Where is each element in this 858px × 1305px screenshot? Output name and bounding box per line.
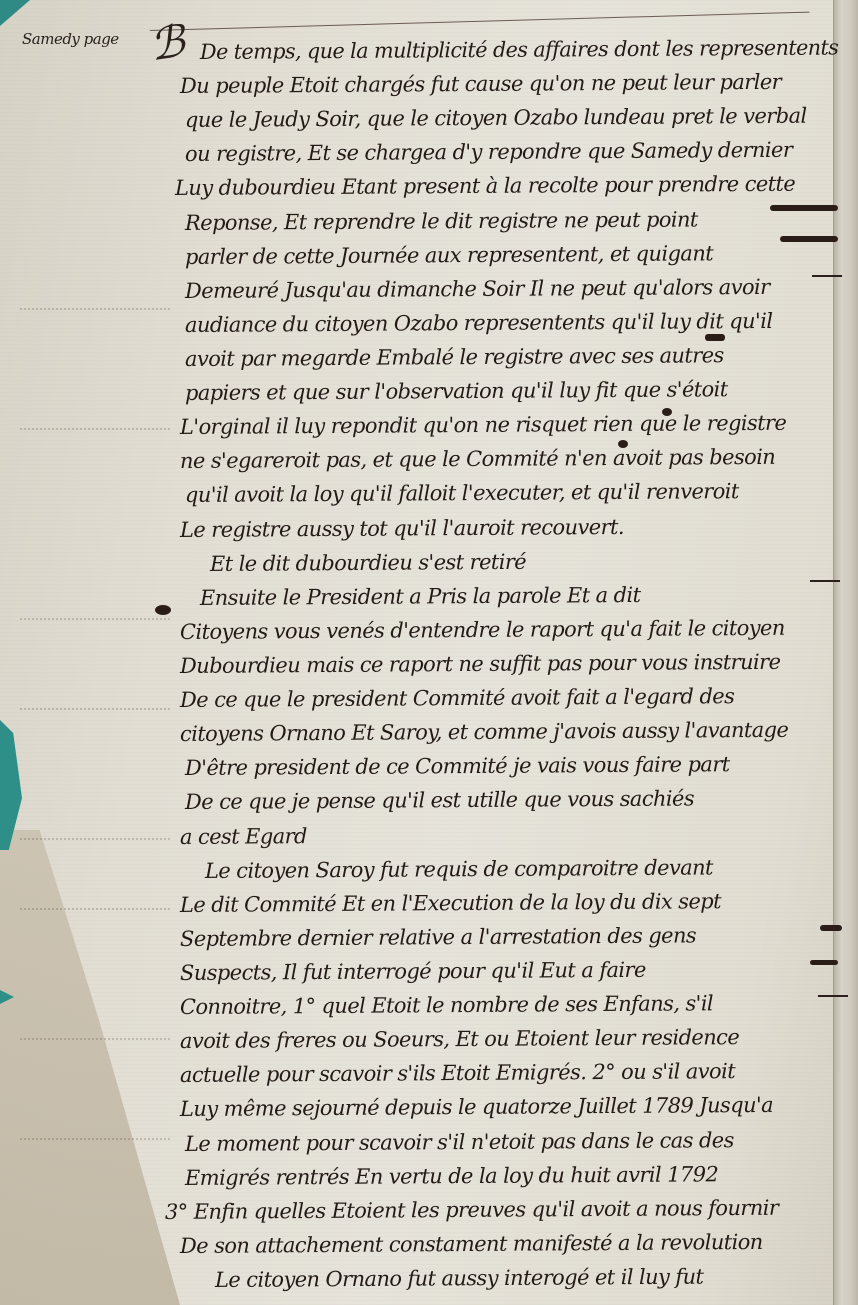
- manuscript-line: Emigrés rentrés En vertu de la loy du hu…: [185, 1162, 718, 1190]
- paragraph-flourish-icon: ℬ: [147, 16, 188, 71]
- bleed-through-ink: [20, 300, 170, 310]
- manuscript-line: Le dit Commité Et en l'Execution de la l…: [180, 889, 721, 917]
- manuscript-line: audiance du citoyen Ozabo representents …: [185, 309, 773, 337]
- manuscript-line: Suspects, Il fut interrogé pour qu'il Eu…: [180, 958, 646, 985]
- manuscript-line: Reponse, Et reprendre le dit registre ne…: [185, 207, 698, 235]
- ink-strikeout: [705, 334, 725, 341]
- manuscript-line: papiers et que sur l'observation qu'il l…: [185, 377, 728, 405]
- manuscript-line: Luy dubourdieu Etant present à la recolt…: [175, 172, 795, 200]
- manuscript-line: Le moment pour scavoir s'il n'etoit pas …: [185, 1128, 734, 1156]
- manuscript-line: citoyens Ornano Et Saroy, et comme j'avo…: [180, 718, 788, 746]
- manuscript-line: Demeuré Jusqu'au dimanche Soir Il ne peu…: [185, 275, 770, 303]
- ink-strikeout: [770, 205, 838, 211]
- ink-blot: [155, 605, 171, 615]
- manuscript-page: Samedy page ℬ De temps, que la multiplic…: [0, 0, 858, 1305]
- manuscript-line: Le registre aussy tot qu'il l'auroit rec…: [180, 514, 624, 541]
- line-end-dash: [812, 275, 842, 277]
- page-binding-edge: [833, 0, 858, 1305]
- manuscript-line: Du peuple Etoit chargés fut cause qu'on …: [180, 70, 781, 98]
- ink-blot: [662, 408, 672, 416]
- manuscript-line: avoit des freres ou Soeurs, Et ou Etoien…: [180, 1025, 739, 1053]
- manuscript-line: Septembre dernier relative a l'arrestati…: [180, 923, 696, 951]
- manuscript-line: Ensuite le President a Pris la parole Et…: [200, 583, 641, 610]
- bleed-through-ink: [20, 900, 170, 910]
- manuscript-line: De son attachement constament manifesté …: [180, 1230, 763, 1258]
- manuscript-line: Luy même sejourné depuis le quatorze Jui…: [180, 1093, 773, 1121]
- bleed-through-ink: [20, 700, 170, 710]
- manuscript-line: D'être president de ce Commité je vais v…: [185, 753, 730, 781]
- bleed-through-ink: [20, 420, 170, 430]
- line-end-dash: [810, 580, 840, 582]
- manuscript-line: que le Jeudy Soir, que le citoyen Ozabo …: [185, 104, 807, 132]
- bleed-through-ink: [20, 1030, 170, 1040]
- manuscript-line: L'orginal il luy repondit qu'on ne risqu…: [180, 411, 786, 439]
- manuscript-line: Citoyens vous venés d'entendre le raport…: [180, 616, 785, 644]
- bleed-through-ink: [20, 830, 170, 840]
- bleed-through-ink: [20, 1130, 170, 1140]
- manuscript-line: a cest Egard: [180, 824, 307, 849]
- line-end-dash: [818, 995, 848, 997]
- manuscript-line: De temps, que la multiplicité des affair…: [200, 35, 838, 64]
- manuscript-line: parler de cette Journée aux representent…: [185, 241, 713, 269]
- manuscript-line: 3° Enfin quelles Etoient les preuves qu'…: [165, 1195, 778, 1223]
- manuscript-line: Connoitre, 1° quel Etoit le nombre de se…: [180, 991, 713, 1019]
- ink-strikeout: [810, 960, 838, 965]
- bleed-through-ink: [20, 610, 170, 620]
- ink-blot: [618, 440, 628, 448]
- margin-note: Samedy page: [22, 30, 119, 48]
- ink-strikeout: [820, 925, 842, 931]
- manuscript-line: Et le dit dubourdieu s'est retiré: [210, 549, 526, 575]
- manuscript-line: qu'il avoit la loy qu'il falloit l'execu…: [185, 480, 739, 508]
- manuscript-line: actuelle pour scavoir s'ils Etoit Emigré…: [180, 1059, 735, 1087]
- manuscript-line: avoit par megarde Embalé le registre ave…: [185, 343, 724, 371]
- manuscript-line: ou registre, Et se chargea d'y repondre …: [185, 138, 792, 166]
- manuscript-line: ne s'egareroit pas, et que le Commité n'…: [180, 445, 775, 473]
- manuscript-line: Dubourdieu mais ce raport ne suffit pas …: [180, 650, 781, 678]
- manuscript-line: Le citoyen Ornano fut aussy interogé et …: [215, 1265, 703, 1292]
- background-corner: [0, 0, 30, 26]
- manuscript-line: De ce que le president Commité avoit fai…: [180, 684, 734, 712]
- manuscript-line: Le citoyen Saroy fut requis de comparoit…: [205, 855, 713, 883]
- manuscript-line: De ce que je pense qu'il est utille que …: [185, 787, 694, 815]
- ink-strikeout: [780, 236, 838, 242]
